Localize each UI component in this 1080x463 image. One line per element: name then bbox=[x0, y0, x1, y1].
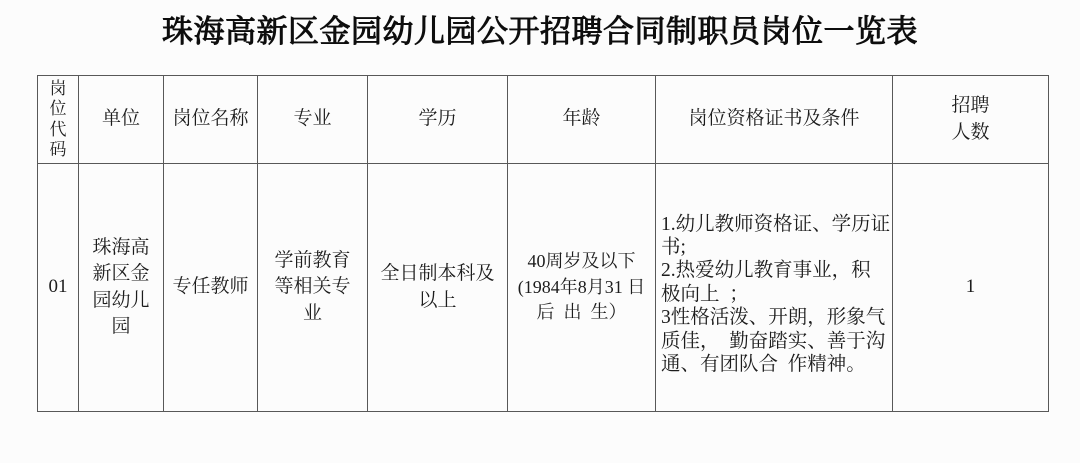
header-major: 专业 bbox=[258, 76, 368, 164]
header-unit: 单位 bbox=[79, 76, 164, 164]
page-title: 珠海高新区金园幼儿园公开招聘合同制职员岗位一览表 bbox=[0, 6, 1080, 51]
header-post-code: 岗 位 代 码 bbox=[38, 76, 79, 164]
cell-post-code: 01 bbox=[38, 164, 79, 412]
job-positions-table: 岗 位 代 码 单位 岗位名称 专业 学历 年龄 岗位资格证书及条件 招聘 人数… bbox=[37, 75, 1049, 412]
table-row: 01 珠海高 新区金 园幼儿 园 专任教师 学前教育 等相关专 业 全日制本科及… bbox=[38, 164, 1049, 412]
header-post-name: 岗位名称 bbox=[164, 76, 258, 164]
cell-age: 40周岁及以下 (1984年8月31 日 后 出 生） bbox=[508, 164, 656, 412]
cell-headcount: 1 bbox=[893, 164, 1049, 412]
header-headcount: 招聘 人数 bbox=[893, 76, 1049, 164]
header-qualifications: 岗位资格证书及条件 bbox=[656, 76, 893, 164]
header-education: 学历 bbox=[368, 76, 508, 164]
cell-unit: 珠海高 新区金 园幼儿 园 bbox=[79, 164, 164, 412]
cell-qualifications: 1.幼儿教师资格证、学历证 书; 2.热爱幼儿教育事业，积 极向上 ； 3性格活… bbox=[656, 164, 893, 412]
header-age: 年龄 bbox=[508, 76, 656, 164]
header-row: 岗 位 代 码 单位 岗位名称 专业 学历 年龄 岗位资格证书及条件 招聘 人数 bbox=[38, 76, 1049, 164]
cell-post-name: 专任教师 bbox=[164, 164, 258, 412]
cell-major: 学前教育 等相关专 业 bbox=[258, 164, 368, 412]
cell-education: 全日制本科及 以上 bbox=[368, 164, 508, 412]
